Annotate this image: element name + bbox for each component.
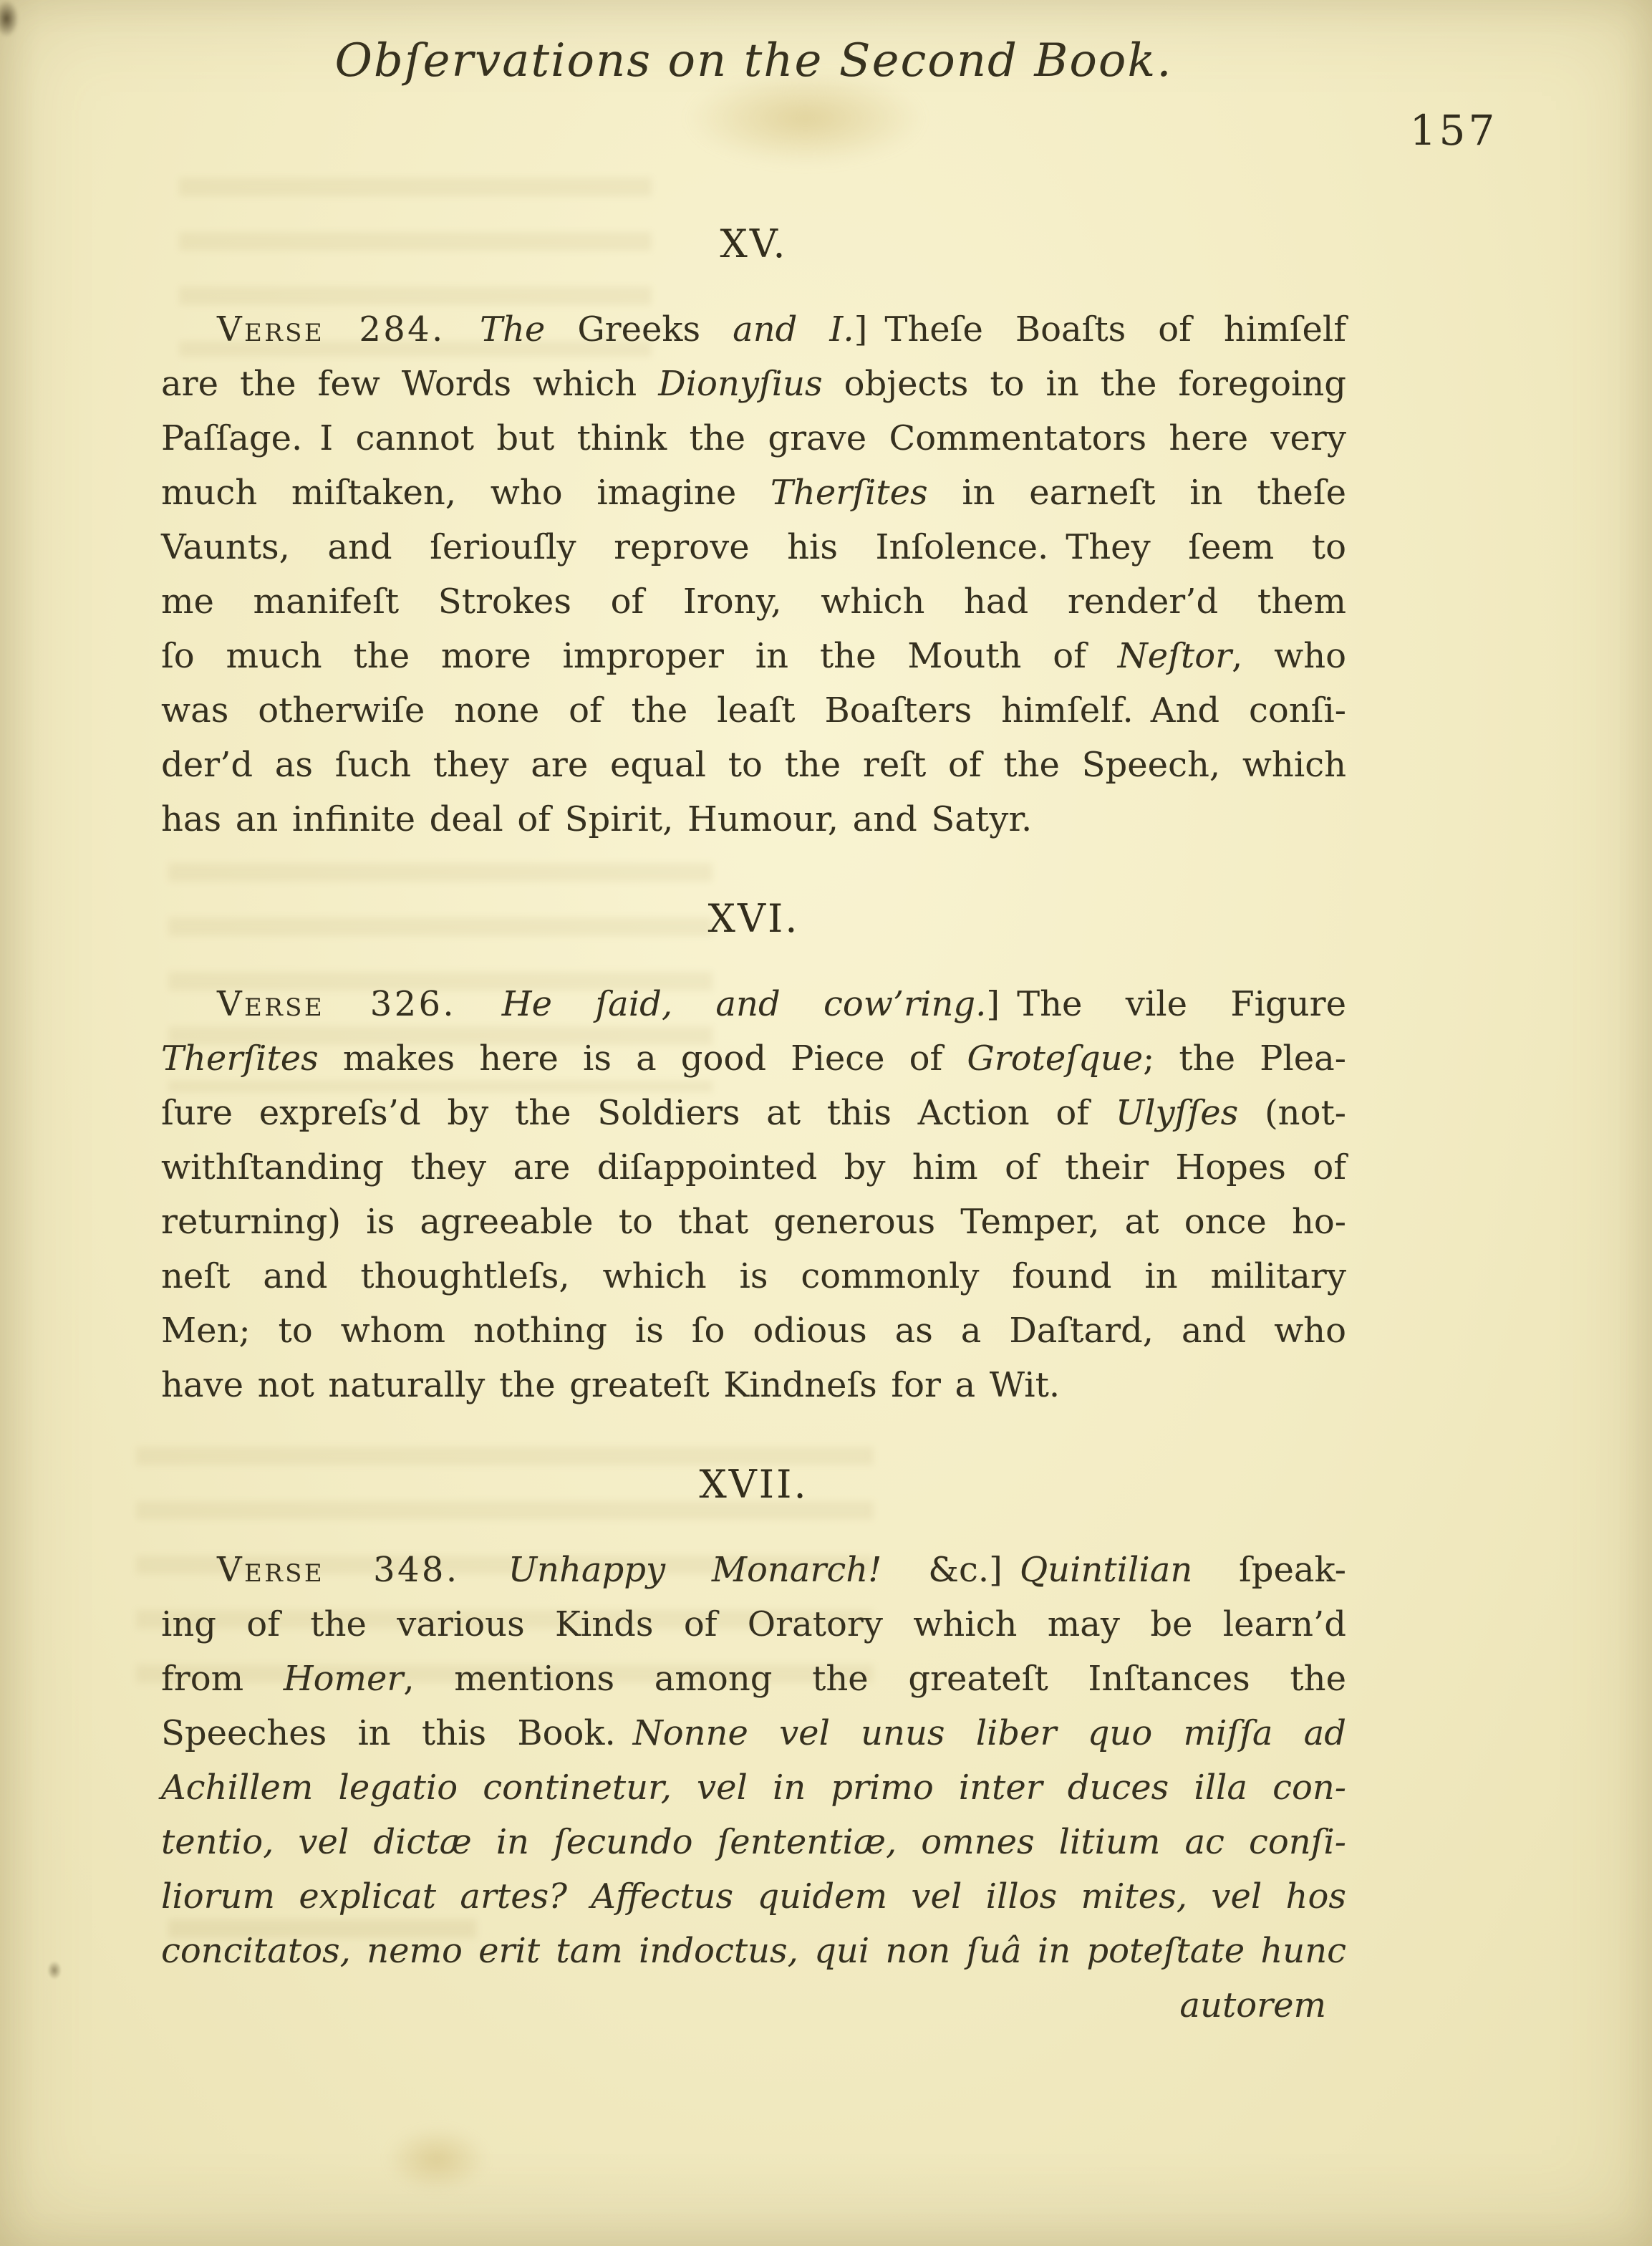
text-line: me manifeſt Strokes of Irony, which had …	[161, 574, 1346, 629]
text-line: concitatos, nemo erit tam indoctus, qui …	[161, 1924, 1346, 1978]
text-line: Speeches in this Book. Nonne vel unus li…	[161, 1706, 1346, 1760]
text-line: neſt and thoughtleſs, which is commonly …	[161, 1249, 1346, 1303]
text-line: Vaunts, and ſeriouſly reprove his Inſole…	[161, 520, 1346, 574]
page-number: 157	[1393, 106, 1515, 155]
paper-stain	[47, 1961, 62, 1980]
text-line: ſo much the more improper in the Mouth o…	[161, 629, 1346, 683]
text-line: Therſites makes here is a good Piece of …	[161, 1031, 1346, 1086]
text-line: was otherwiſe none of the leaſt Boaſters…	[161, 683, 1346, 738]
text-line: returning) is agreeable to that generous…	[161, 1195, 1346, 1249]
text-line: tentio, vel dictæ in ſecundo ſententiæ, …	[161, 1815, 1346, 1869]
section-heading: XVI.	[161, 898, 1346, 940]
text-line: ſure expreſs’d by the Soldiers at this A…	[161, 1086, 1346, 1140]
text-line: Men; to whom nothing is ſo odious as a D…	[161, 1303, 1346, 1358]
text-line: Verse 284. The Greeks and I.] Theſe Boaſ…	[161, 302, 1346, 357]
section-xvii: XVII.Verse 348. Unhappy Monarch! &c.] Qu…	[161, 1464, 1346, 2033]
text-line: Verse 326. He ſaid, and cow’ring.] The v…	[161, 977, 1346, 1031]
text-line: der’d as ſuch they are equal to the reſt…	[161, 738, 1346, 792]
text-line: ing of the various Kinds of Oratory whic…	[161, 1597, 1346, 1652]
text-line: are the few Words which Dionyſius object…	[161, 357, 1346, 411]
section-xv: XV.Verse 284. The Greeks and I.] Theſe B…	[161, 223, 1346, 847]
catchword: autorem	[161, 1978, 1346, 2033]
paragraph: Verse 284. The Greeks and I.] Theſe Boaſ…	[161, 302, 1346, 847]
paper-stain	[0, 0, 19, 37]
paragraph: Verse 348. Unhappy Monarch! &c.] Quintil…	[161, 1543, 1346, 2033]
section-heading: XV.	[161, 223, 1346, 265]
paper-stain	[387, 2127, 487, 2192]
text-line: liorum explicat artes? Affectus quidem v…	[161, 1869, 1346, 1924]
text-line: has an infinite deal of Spirit, Humour, …	[161, 792, 1346, 847]
text-line: Achillem legatio continetur, vel in prim…	[161, 1760, 1346, 1815]
text-line: withſtanding they are diſappointed by hi…	[161, 1140, 1346, 1195]
text-block: XV.Verse 284. The Greeks and I.] Theſe B…	[161, 223, 1346, 2084]
book-page-scan: Obſervations on the Second Book. 157 XV.…	[0, 0, 1652, 2246]
text-line: have not naturally the greateſt Kindneſs…	[161, 1358, 1346, 1412]
section-xvi: XVI.Verse 326. He ſaid, and cow’ring.] T…	[161, 898, 1346, 1412]
text-line: much miſtaken, who imagine Therſites in …	[161, 466, 1346, 520]
paragraph: Verse 326. He ſaid, and cow’ring.] The v…	[161, 977, 1346, 1412]
text-line: Paſſage. I cannot but think the grave Co…	[161, 411, 1346, 466]
text-line: from Homer, mentions among the greateſt …	[161, 1652, 1346, 1706]
section-heading: XVII.	[161, 1464, 1346, 1505]
running-header: Obſervations on the Second Book.	[161, 32, 1346, 91]
text-line: Verse 348. Unhappy Monarch! &c.] Quintil…	[161, 1543, 1346, 1597]
